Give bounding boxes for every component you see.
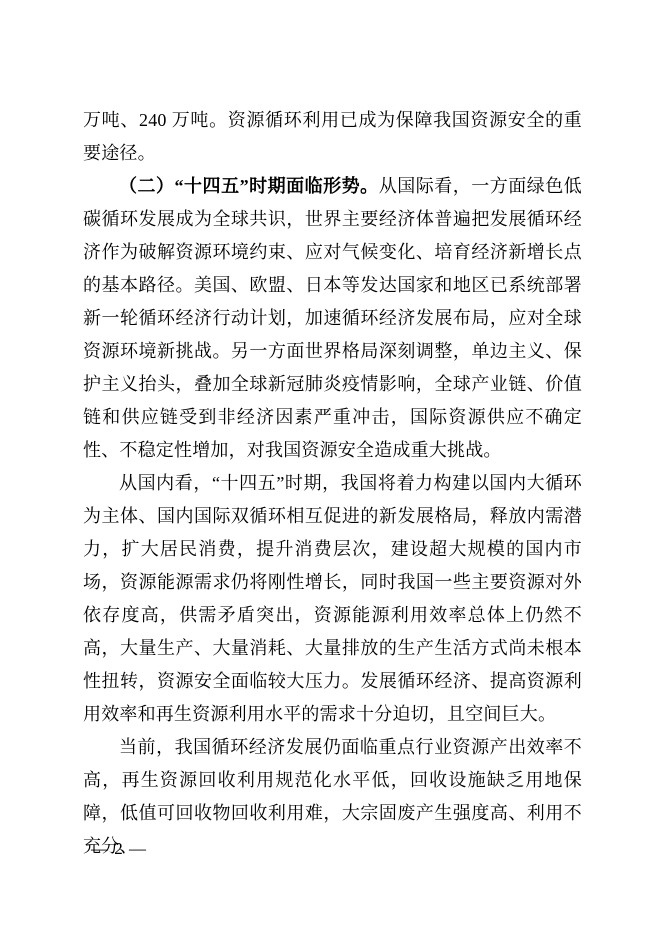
paragraph-continuation: 万吨、240 万吨。资源循环利用已成为保障我国资源安全的重要途径。: [83, 104, 582, 170]
section-body-text: 从国际看，一方面绿色低碳循环发展成为全球共识，世界主要经济体普遍把发展循环经济作…: [83, 176, 582, 460]
section-heading: （二）“十四五”时期面临形势。: [119, 176, 379, 196]
paragraph-current-challenges: 当前，我国循环经济发展仍面临重点行业资源产出效率不高，再生资源回收利用规范化水平…: [83, 731, 582, 863]
document-page: 万吨、240 万吨。资源循环利用已成为保障我国资源安全的重要途径。 （二）“十四…: [0, 0, 663, 940]
page-number: — 2 —: [91, 838, 147, 860]
paragraph-domestic-outlook: 从国内看，“十四五”时期，我国将着力构建以国内大循环为主体、国内国际双循环相互促…: [83, 467, 582, 731]
paragraph-section-2: （二）“十四五”时期面临形势。从国际看，一方面绿色低碳循环发展成为全球共识，世界…: [83, 170, 582, 467]
document-body: 万吨、240 万吨。资源循环利用已成为保障我国资源安全的重要途径。 （二）“十四…: [83, 104, 582, 863]
